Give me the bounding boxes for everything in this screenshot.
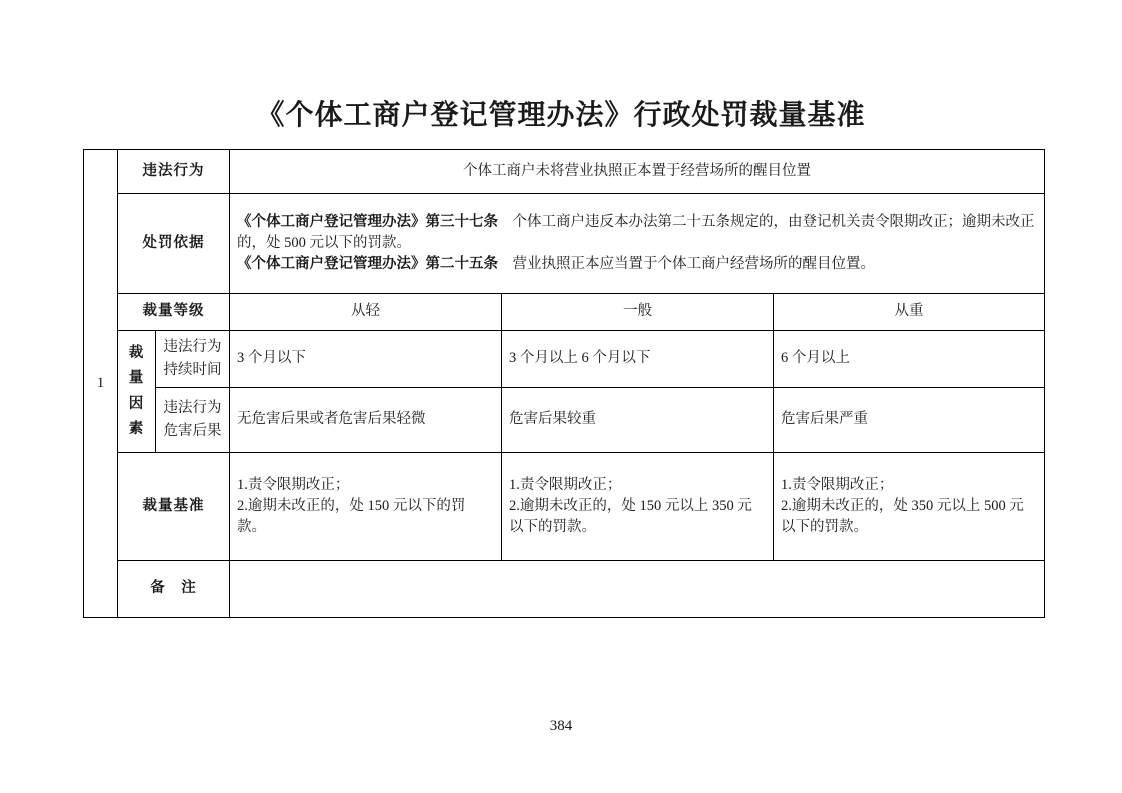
- item-number: 1: [84, 150, 118, 618]
- remarks-content: [230, 561, 1045, 618]
- factor-duration-label: 违法行为持续时间: [156, 331, 230, 388]
- law-citation: 《个体工商户登记管理办法》第三十七条: [237, 214, 498, 230]
- page-number: 384: [0, 718, 1122, 735]
- penalty-basis-item: 《个体工商户登记管理办法》第三十七条 个体工商户违反本办法第二十五条规定的，由登…: [237, 212, 1037, 254]
- table-row: 1 违法行为 个体工商户未将营业执照正本置于经营场所的醒目位置: [84, 150, 1045, 194]
- illegal-act-content: 个体工商户未将营业执照正本置于经营场所的醒目位置: [230, 150, 1045, 194]
- discretion-benchmark-label: 裁量基准: [118, 453, 230, 561]
- factor-consequence-light: 无危害后果或者危害后果轻微: [230, 388, 502, 453]
- level-heavy: 从重: [774, 294, 1045, 331]
- remarks-label: 备 注: [118, 561, 230, 618]
- level-light: 从轻: [230, 294, 502, 331]
- discretion-level-label: 裁量等级: [118, 294, 230, 331]
- factor-duration-normal: 3 个月以上 6 个月以下: [502, 331, 774, 388]
- penalty-discretion-table: 1 违法行为 个体工商户未将营业执照正本置于经营场所的醒目位置 处罚依据 《个体…: [83, 149, 1045, 618]
- benchmark-normal: 1.责令限期改正； 2.逾期未改正的，处 150 元以上 350 元以下的罚款。: [502, 453, 774, 561]
- factor-consequence-label: 违法行为危害后果: [156, 388, 230, 453]
- document-page: 《个体工商户登记管理办法》行政处罚裁量基准 1 违法行为 个体工商户未将营业执照…: [0, 0, 1122, 793]
- table-row: 备 注: [84, 561, 1045, 618]
- table-row: 裁量等级 从轻 一般 从重: [84, 294, 1045, 331]
- benchmark-light: 1.责令限期改正； 2.逾期未改正的，处 150 元以下的罚款。: [230, 453, 502, 561]
- level-normal: 一般: [502, 294, 774, 331]
- benchmark-heavy: 1.责令限期改正； 2.逾期未改正的，处 350 元以上 500 元以下的罚款。: [774, 453, 1045, 561]
- law-text: 营业执照正本应当置于个体工商户经营场所的醒目位置。: [498, 256, 875, 272]
- law-citation: 《个体工商户登记管理办法》第二十五条: [237, 256, 498, 272]
- page-title: 《个体工商户登记管理办法》行政处罚裁量基准: [0, 93, 1122, 133]
- factor-consequence-normal: 危害后果较重: [502, 388, 774, 453]
- table-row: 违法行为危害后果 无危害后果或者危害后果轻微 危害后果较重 危害后果严重: [84, 388, 1045, 453]
- table-row: 处罚依据 《个体工商户登记管理办法》第三十七条 个体工商户违反本办法第二十五条规…: [84, 194, 1045, 294]
- table-row: 裁量基准 1.责令限期改正； 2.逾期未改正的，处 150 元以下的罚款。 1.…: [84, 453, 1045, 561]
- factor-consequence-heavy: 危害后果严重: [774, 388, 1045, 453]
- penalty-basis-item: 《个体工商户登记管理办法》第二十五条 营业执照正本应当置于个体工商户经营场所的醒…: [237, 254, 1037, 275]
- discretion-factors-label: 裁量因素: [118, 331, 156, 453]
- penalty-basis-content: 《个体工商户登记管理办法》第三十七条 个体工商户违反本办法第二十五条规定的，由登…: [230, 194, 1045, 294]
- illegal-act-label: 违法行为: [118, 150, 230, 194]
- penalty-basis-label: 处罚依据: [118, 194, 230, 294]
- factor-duration-heavy: 6 个月以上: [774, 331, 1045, 388]
- factor-duration-light: 3 个月以下: [230, 331, 502, 388]
- table-row: 裁量因素 违法行为持续时间 3 个月以下 3 个月以上 6 个月以下 6 个月以…: [84, 331, 1045, 388]
